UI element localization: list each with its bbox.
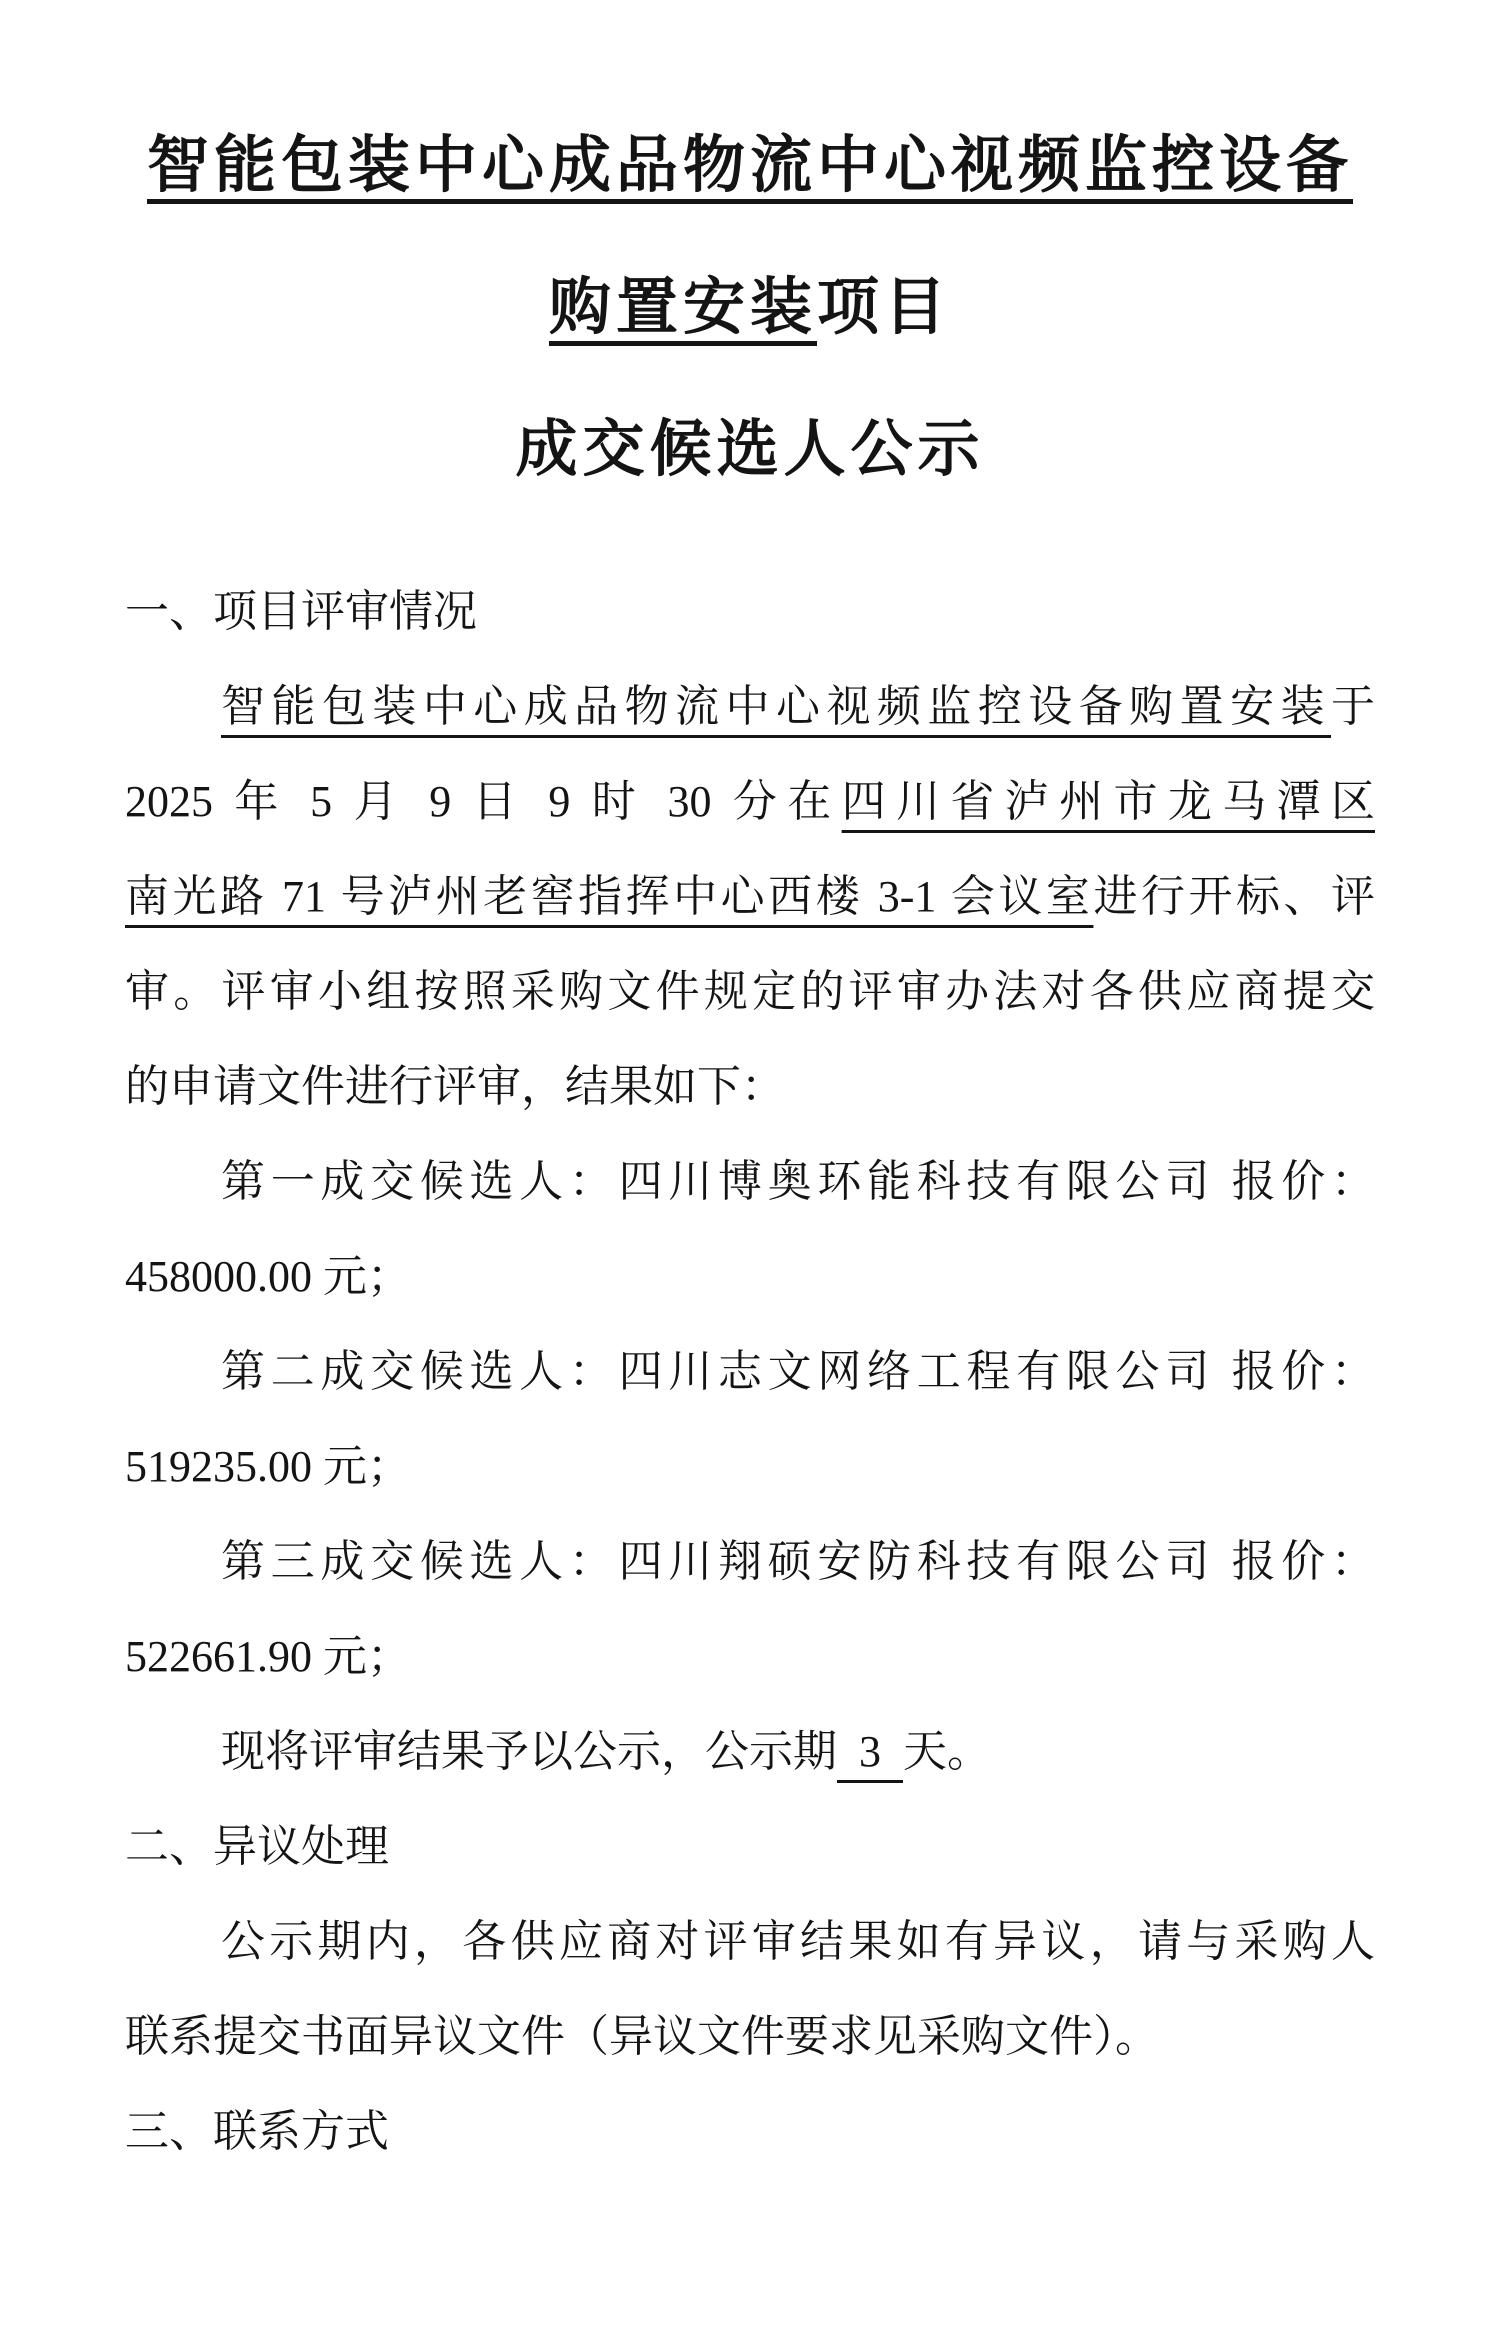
body-line: 联系提交书面异议文件（异议文件要求见采购文件）。 xyxy=(125,1989,1375,2084)
text-segment: 458000.00 元； xyxy=(125,1252,411,1301)
underlined-text: 四川省泸州市龙马潭区 xyxy=(842,777,1375,826)
body-line: 522661.90 元； xyxy=(125,1609,1375,1704)
section-heading: 二、异议处理 xyxy=(125,1799,1375,1894)
section-heading: 一、项目评审情况 xyxy=(125,564,1375,659)
text-segment: 项目 xyxy=(817,274,951,342)
text-segment: 2025 年 5 月 9 日 9 时 30 分在 xyxy=(125,777,842,826)
text-segment: 天。 xyxy=(903,1727,991,1776)
body-line: 审。评审小组按照采购文件规定的评审办法对各供应商提交 xyxy=(125,944,1375,1039)
body-line: 的申请文件进行评审，结果如下： xyxy=(125,1039,1375,1134)
underlined-text: 智能包装中心成品物流中心视频监控设备 xyxy=(147,132,1353,200)
body-line: 458000.00 元； xyxy=(125,1229,1375,1324)
text-segment: 进行开标、评 xyxy=(1093,872,1375,921)
text-segment: 于 xyxy=(1331,682,1375,731)
document-body: 一、项目评审情况智能包装中心成品物流中心视频监控设备购置安装于2025 年 5 … xyxy=(125,564,1375,2179)
text-segment: 审。评审小组按照采购文件规定的评审办法对各供应商提交 xyxy=(125,967,1375,1016)
text-segment: 三、联系方式 xyxy=(125,2107,389,2156)
body-line: 2025 年 5 月 9 日 9 时 30 分在四川省泸州市龙马潭区 xyxy=(125,754,1375,849)
underlined-text: 购置安装 xyxy=(549,274,817,342)
text-segment: 519235.00 元； xyxy=(125,1442,411,1491)
document-title: 智能包装中心成品物流中心视频监控设备购置安装项目成交候选人公示 xyxy=(125,95,1375,521)
underlined-text: 3 xyxy=(837,1727,903,1776)
body-line: 519235.00 元； xyxy=(125,1419,1375,1514)
text-segment: 的申请文件进行评审，结果如下： xyxy=(125,1062,785,1111)
body-line: 第一成交候选人：四川博奥环能科技有限公司 报价： xyxy=(125,1134,1375,1229)
title-line: 智能包装中心成品物流中心视频监控设备 xyxy=(125,95,1375,237)
body-line: 第三成交候选人：四川翔硕安防科技有限公司 报价： xyxy=(125,1514,1375,1609)
text-segment: 公示期内，各供应商对评审结果如有异议，请与采购人 xyxy=(221,1917,1375,1966)
text-segment: 第三成交候选人：四川翔硕安防科技有限公司 报价： xyxy=(221,1537,1375,1586)
text-segment: 第二成交候选人：四川志文网络工程有限公司 报价： xyxy=(221,1347,1375,1396)
title-line: 购置安装项目 xyxy=(125,237,1375,379)
underlined-text: 智能包装中心成品物流中心视频监控设备购置安装 xyxy=(221,682,1331,731)
body-line: 第二成交候选人：四川志文网络工程有限公司 报价： xyxy=(125,1324,1375,1419)
text-segment: 一、项目评审情况 xyxy=(125,587,477,636)
body-line: 公示期内，各供应商对评审结果如有异议，请与采购人 xyxy=(125,1894,1375,1989)
underlined-text: 南光路 71 号泸州老窖指挥中心西楼 3-1 会议室 xyxy=(125,872,1093,921)
body-line: 南光路 71 号泸州老窖指挥中心西楼 3-1 会议室进行开标、评 xyxy=(125,849,1375,944)
text-segment: 第一成交候选人：四川博奥环能科技有限公司 报价： xyxy=(221,1157,1375,1206)
text-segment: 现将评审结果予以公示，公示期 xyxy=(221,1727,837,1776)
text-segment: 联系提交书面异议文件（异议文件要求见采购文件）。 xyxy=(125,2012,1159,2061)
text-segment: 二、异议处理 xyxy=(125,1822,389,1871)
text-segment: 成交候选人公示 xyxy=(515,416,984,484)
text-segment: 522661.90 元； xyxy=(125,1632,411,1681)
body-line: 智能包装中心成品物流中心视频监控设备购置安装于 xyxy=(125,659,1375,754)
title-line: 成交候选人公示 xyxy=(125,379,1375,521)
document-page: 智能包装中心成品物流中心视频监控设备购置安装项目成交候选人公示 一、项目评审情况… xyxy=(0,0,1500,2341)
section-heading: 三、联系方式 xyxy=(125,2084,1375,2179)
body-line: 现将评审结果予以公示，公示期 3 天。 xyxy=(125,1704,1375,1799)
